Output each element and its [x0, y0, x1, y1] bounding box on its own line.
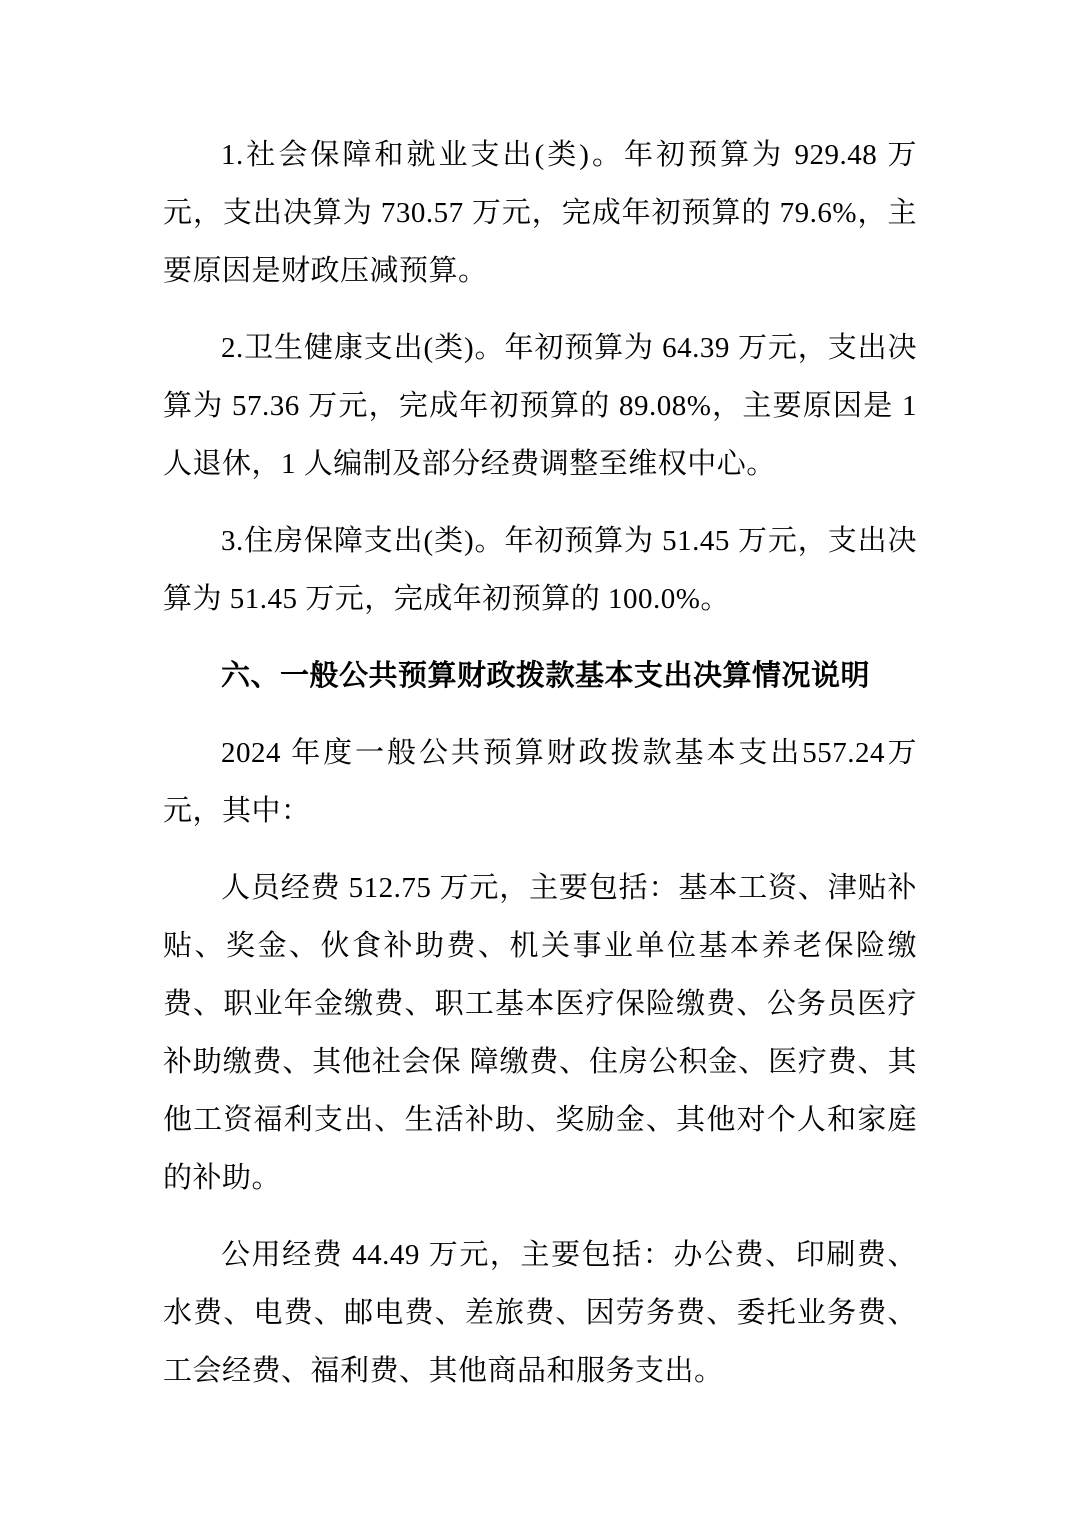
paragraph-health-expenditure: 2.卫生健康支出(类)。年初预算为 64.39 万元，支出决算为 57.36 万…: [163, 319, 917, 493]
section-six-heading: 六、一般公共预算财政拨款基本支出决算情况说明: [163, 647, 917, 705]
paragraph-basic-expenditure-intro: 2024 年度一般公共预算财政拨款基本支出557.24万元，其中：: [163, 724, 917, 840]
paragraph-social-security-expenditure: 1.社会保障和就业支出(类)。年初预算为 929.48 万元，支出决算为 730…: [163, 126, 917, 300]
paragraph-housing-expenditure: 3.住房保障支出(类)。年初预算为 51.45 万元，支出决算为 51.45 万…: [163, 512, 917, 628]
paragraph-public-expense: 公用经费 44.49 万元，主要包括：办公费、印刷费、水费、电费、邮电费、差旅费…: [163, 1226, 917, 1400]
document-page: 1.社会保障和就业支出(类)。年初预算为 929.48 万元，支出决算为 730…: [0, 0, 1075, 1521]
paragraph-personnel-expense: 人员经费 512.75 万元，主要包括：基本工资、津贴补贴、奖金、伙食补助费、机…: [163, 859, 917, 1207]
